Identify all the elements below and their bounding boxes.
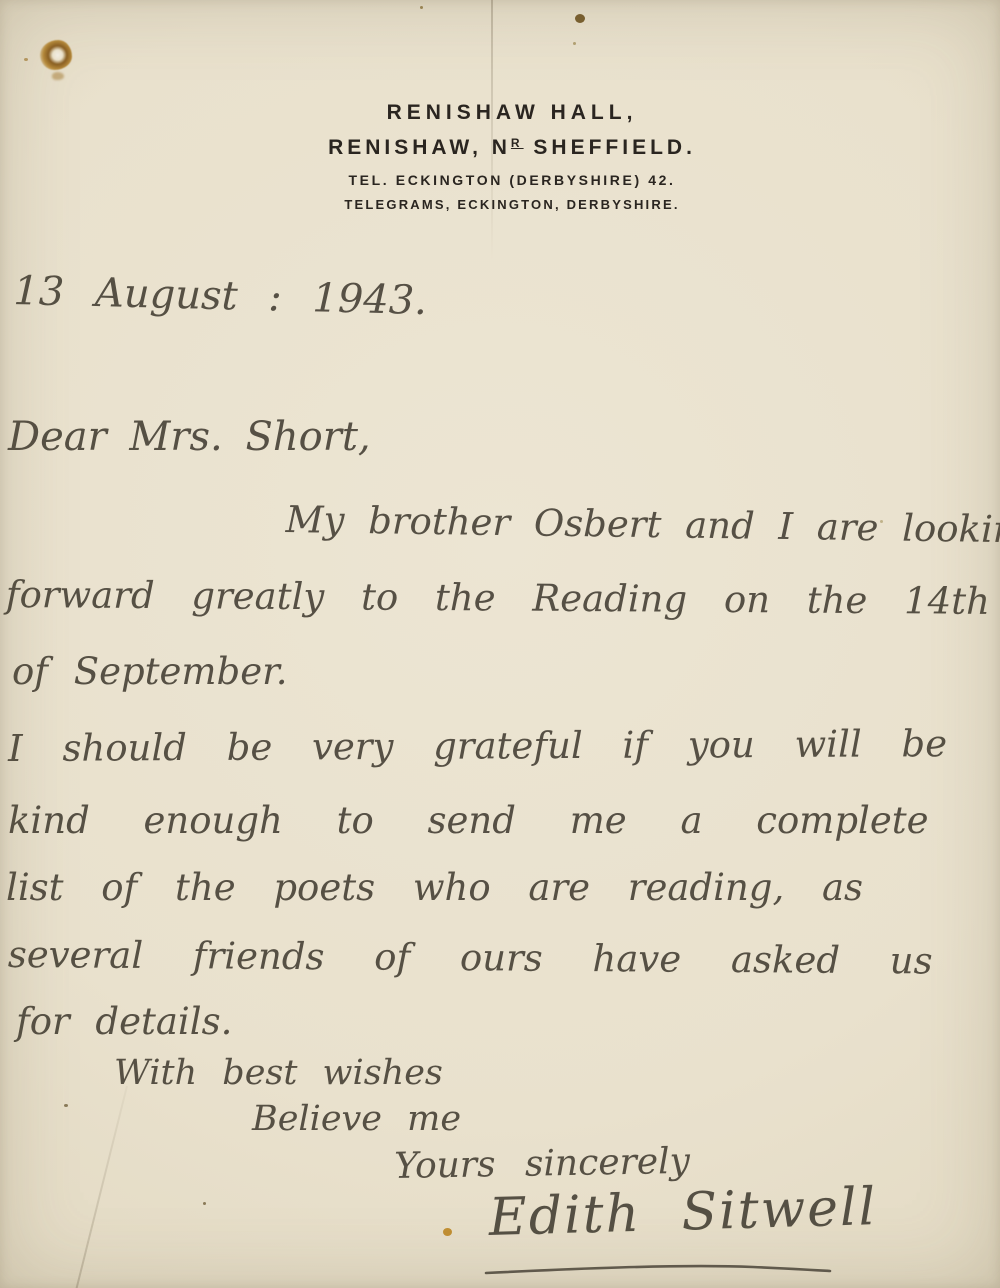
paper-speck: [203, 1202, 206, 1205]
paper-stain-tail: [52, 72, 64, 80]
letter-salutation: Dear Mrs. Short,: [8, 414, 371, 460]
letter-body-line: kind enough to send me a complete: [8, 799, 929, 842]
paper-speck: [573, 42, 576, 45]
foxing-spot: [575, 14, 585, 23]
letterhead-address-superscript: R: [511, 136, 524, 150]
letter-body-line: I should be very grateful if you will be: [8, 722, 947, 770]
letter-date: 13 August : 1943.: [13, 268, 428, 324]
paper-speck: [24, 58, 28, 61]
paper-speck: [420, 6, 423, 9]
fold-crease: [491, 0, 493, 262]
letter-body-line: of September.: [12, 650, 287, 693]
letter-body-line: for details.: [16, 1000, 232, 1043]
paper-speck: [64, 1104, 68, 1107]
signature-underline: [478, 1256, 838, 1282]
letterhead-telephone: TEL. ECKINGTON (DERBYSHIRE) 42.: [349, 172, 676, 188]
letter-closing-line: Believe me: [252, 1099, 461, 1139]
letter-body-line: list of the poets who are reading, as: [6, 866, 863, 909]
foxing-spot: [443, 1228, 452, 1236]
paper-stain-hole: [40, 40, 72, 70]
letterhead-telegrams: TELEGRAMS, ECKINGTON, DERBYSHIRE.: [344, 197, 679, 212]
letter-closing-line: Yours sincerely: [394, 1141, 690, 1187]
letter-body-line: forward greatly to the Reading on the 14…: [6, 573, 990, 623]
letterhead-address-text-2: SHEFFIELD.: [524, 136, 696, 159]
fold-crease: [75, 1086, 128, 1288]
letter-body-line: several friends of ours have asked us: [8, 933, 933, 982]
letter-closing-line: With best wishes: [114, 1053, 443, 1093]
letterhead-address-text: RENISHAW, N: [328, 136, 511, 159]
letterhead-name: RENISHAW HALL,: [387, 101, 638, 125]
signature: Edith Sitwell: [488, 1177, 878, 1248]
letter-body-line: My brother Osbert and I are looking: [285, 498, 1000, 552]
letter-page: RENISHAW HALL, RENISHAW, NR SHEFFIELD. T…: [0, 0, 1000, 1288]
letterhead-address: RENISHAW, NR SHEFFIELD.: [328, 136, 696, 160]
